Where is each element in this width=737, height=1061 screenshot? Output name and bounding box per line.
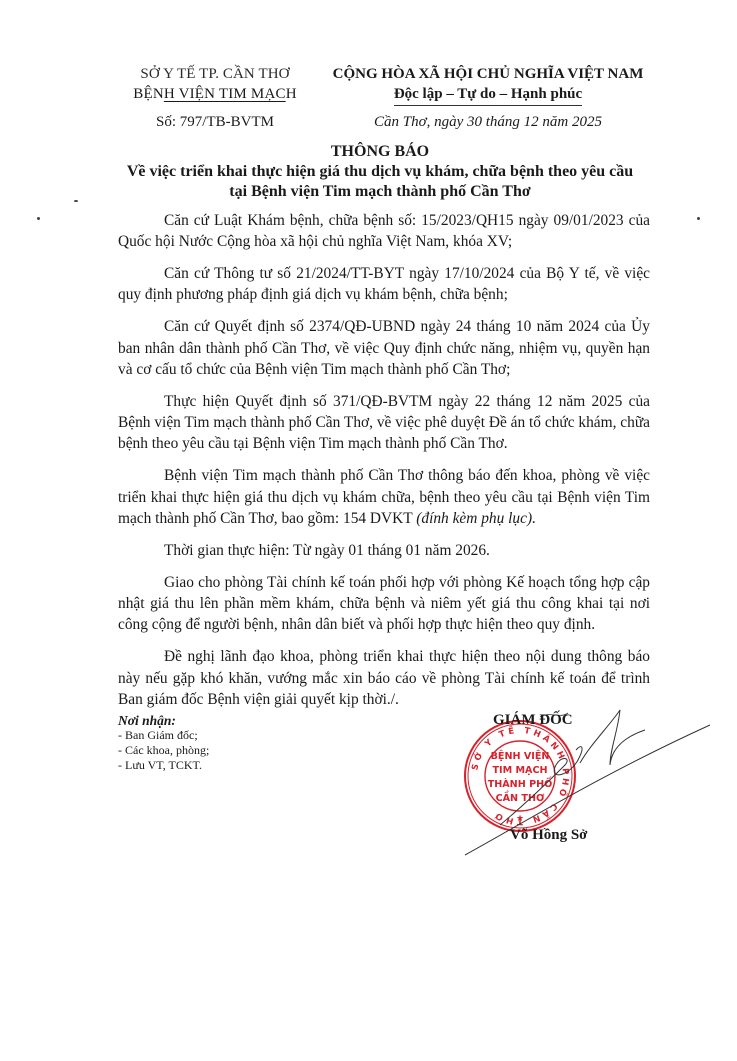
- subject-line-2: tại Bệnh viện Tim mạch thành phố Cần Thơ: [100, 182, 660, 202]
- paragraph: Căn cứ Thông tư số 21/2024/TT-BYT ngày 1…: [118, 263, 650, 306]
- signer-title: GIÁM ĐỐC: [493, 712, 643, 729]
- paragraph: Bệnh viện Tim mạch thành phố Cần Thơ thô…: [118, 465, 650, 529]
- place-date: Cần Thơ, ngày 30 tháng 12 năm 2025: [322, 114, 654, 131]
- paragraph: Đề nghị lãnh đạo khoa, phòng triển khai …: [118, 646, 650, 710]
- paragraph: Giao cho phòng Tài chính kế toán phối hợ…: [118, 572, 650, 636]
- scan-speck: [74, 200, 78, 202]
- motto: Độc lập – Tự do – Hạnh phúc: [394, 84, 582, 106]
- issuing-agency: SỞ Y TẾ TP. CẦN THƠ BỆNH VIỆN TIM MẠCH: [104, 64, 326, 104]
- subject-line-1: Về việc triển khai thực hiện giá thu dịc…: [100, 162, 660, 182]
- national-motto: CỘNG HÒA XÃ HỘI CHỦ NGHĨA VIỆT NAM Độc l…: [322, 64, 654, 106]
- document-number: Số: 797/TB-BVTM: [104, 114, 326, 131]
- paragraph: Thực hiện Quyết định số 371/QĐ-BVTM ngày…: [118, 391, 650, 455]
- scan-speck: [697, 217, 700, 220]
- parent-agency: SỞ Y TẾ TP. CẦN THƠ: [104, 64, 326, 84]
- recipient-item: - Các khoa, phòng;: [118, 743, 318, 758]
- signer-name: Võ Hồng Sở: [510, 827, 588, 844]
- signature-icon: [460, 705, 720, 865]
- document-title: THÔNG BÁO Về việc triển khai thực hiện g…: [100, 142, 660, 202]
- recipient-item: - Lưu VT, TCKT.: [118, 758, 318, 773]
- nation-name: CỘNG HÒA XÃ HỘI CHỦ NGHĨA VIỆT NAM: [322, 64, 654, 84]
- paragraph: Căn cứ Luật Khám bệnh, chữa bệnh số: 15/…: [118, 210, 650, 253]
- paragraph: Căn cứ Quyết định số 2374/QĐ-UBND ngày 2…: [118, 316, 650, 380]
- hospital-name: BỆNH VIỆN TIM MẠCH: [104, 84, 326, 104]
- attachment-note: (đính kèm phụ lục).: [416, 510, 536, 527]
- paragraph: Thời gian thực hiện: Từ ngày 01 tháng 01…: [118, 540, 650, 561]
- recipients-heading: Nơi nhận:: [118, 713, 318, 728]
- recipient-item: - Ban Giám đốc;: [118, 728, 318, 743]
- document-type: THÔNG BÁO: [100, 142, 660, 162]
- scan-speck: [37, 217, 40, 220]
- document-body: Căn cứ Luật Khám bệnh, chữa bệnh số: 15/…: [118, 210, 650, 721]
- recipients-block: Nơi nhận: - Ban Giám đốc; - Các khoa, ph…: [118, 713, 318, 773]
